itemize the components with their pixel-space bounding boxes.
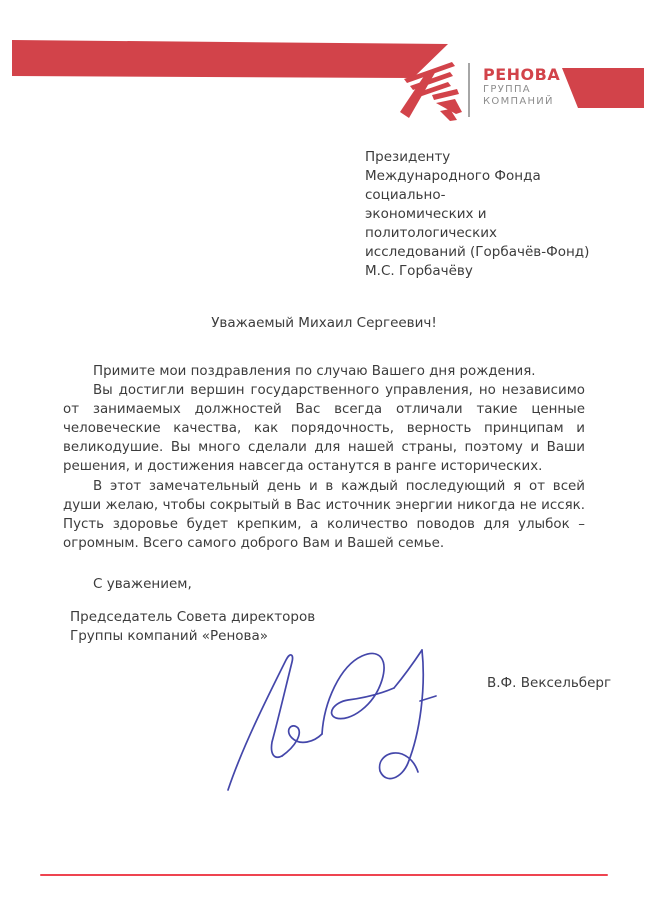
- recipient-block: Президенту Международного Фонда социальн…: [365, 148, 615, 281]
- recipient-line: Президенту: [365, 148, 615, 167]
- footer-rule: [40, 874, 608, 876]
- salutation: Уважаемый Михаил Сергеевич!: [63, 315, 585, 331]
- signatory-title-line1: Председатель Совета директоров: [70, 608, 315, 627]
- handwritten-signature-icon: [222, 638, 452, 796]
- logo-divider: [468, 63, 470, 117]
- recipient-line: Международного Фонда социально-: [365, 167, 615, 205]
- closing-line: С уважением,: [93, 576, 192, 592]
- signatory-name: В.Ф. Вексельберг: [487, 675, 611, 691]
- brand-name: РЕНОВА: [483, 65, 560, 84]
- brand-tagline-line2: КОМПАНИЙ: [483, 96, 554, 107]
- paragraph: Вы достигли вершин государственного упра…: [63, 381, 585, 476]
- recipient-line: исследований (Горбачёв-Фонд): [365, 243, 615, 262]
- brand-tagline-line1: ГРУППА: [483, 84, 531, 95]
- paragraph: Примите мои поздравления по случаю Вашег…: [63, 362, 585, 381]
- recipient-line: экономических и политологических: [365, 205, 615, 243]
- recipient-line: М.С. Горбачёву: [365, 262, 615, 281]
- letter-body: Примите мои поздравления по случаю Вашег…: [63, 362, 585, 553]
- paragraph: В этот замечательный день и в каждый пос…: [63, 477, 585, 553]
- letter-page: РЕНОВА ГРУППА КОМПАНИЙ Президенту Междун…: [0, 0, 650, 919]
